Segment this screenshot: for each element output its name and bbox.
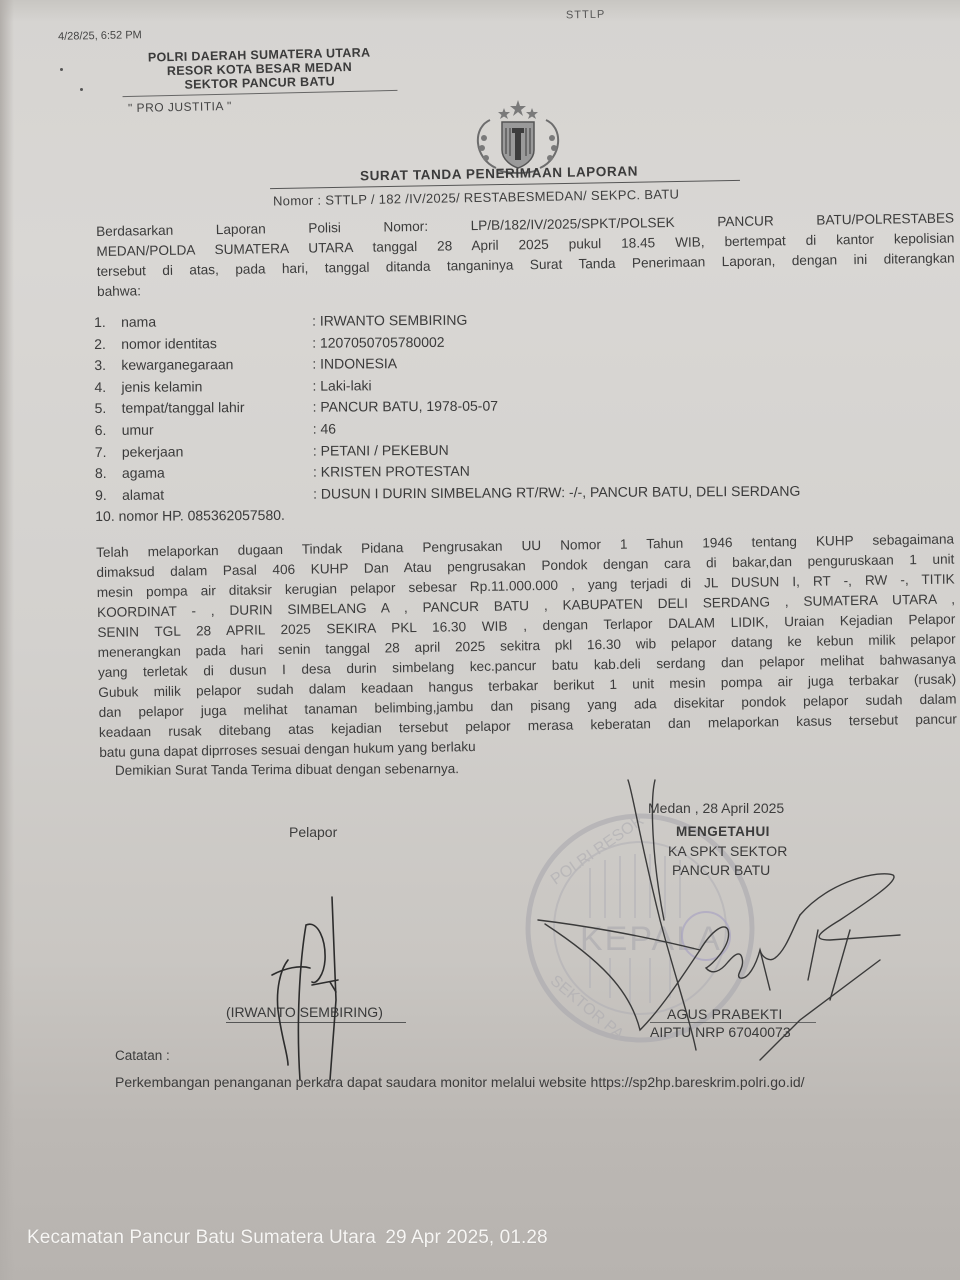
identity-value: : IRWANTO SEMBIRING [312, 312, 467, 329]
identity-num: 6. [95, 422, 119, 438]
identity-phone-row: 10. nomor HP. 085362057580. [95, 503, 915, 530]
photo-datetime: 29 Apr 2025, 01.28 [385, 1227, 547, 1248]
identity-num: 2. [94, 335, 118, 351]
print-timestamp: 4/28/25, 6:52 PM [58, 29, 142, 43]
note-label: Catatan : [115, 1048, 170, 1063]
paper-speck [80, 88, 83, 91]
document-title: SURAT TANDA PENERIMAAN LAPORAN [360, 164, 638, 184]
photo-location-timestamp: Kecamatan Pancur Batu Sumatera Utara 29 … [27, 1227, 548, 1249]
pro-justitia: " PRO JUSTITIA " [128, 99, 232, 115]
reporter-name-underline [226, 1022, 406, 1023]
officer-position-line2: PANCUR BATU [672, 862, 770, 878]
identity-value: : PANCUR BATU, 1978-05-07 [313, 398, 499, 415]
officer-name: AGUS PRABEKTI [667, 1006, 782, 1022]
identity-value: : PETANI / PEKEBUN [313, 441, 449, 458]
reporter-label: Pelapor [289, 824, 337, 840]
identity-label: nomor identitas [121, 335, 217, 352]
officer-nrp: AIPTU NRP 67040073 [650, 1024, 791, 1040]
identity-num: 7. [95, 443, 119, 459]
identity-label: alamat [122, 486, 164, 502]
paper-left-edge [0, 0, 14, 1280]
document-number: Nomor : STTLP / 182 /IV/2025/ RESTABESME… [273, 186, 679, 208]
report-paragraph: Telah melaporkan dugaan Tindak Pidana Pe… [96, 530, 957, 763]
identity-value: : INDONESIA [312, 355, 397, 372]
identity-label: umur [122, 422, 154, 438]
identity-num: 9. [95, 487, 119, 503]
identity-num: 1. [94, 314, 118, 330]
issuing-office-header: POLRI DAERAH SUMATERA UTARA RESOR KOTA B… [122, 45, 398, 97]
identity-value: : 1207050705780002 [312, 333, 444, 350]
identity-value: : KRISTEN PROTESTAN [313, 463, 470, 480]
identity-label: pekerjaan [122, 443, 184, 459]
reporter-name: (IRWANTO SEMBIRING) [226, 1004, 383, 1020]
place-date: Medan , 28 April 2025 [648, 800, 784, 816]
paper-speck [60, 68, 63, 71]
reporter-identity-list: 1.nama: IRWANTO SEMBIRING2.nomor identit… [94, 309, 915, 530]
identity-num: 3. [94, 357, 118, 373]
identity-label: jenis kelamin [121, 378, 202, 394]
identity-label: nama [121, 314, 156, 330]
corner-tag: STTLP [566, 9, 605, 22]
closing-statement: Demikian Surat Tanda Terima dibuat denga… [115, 761, 459, 778]
officer-position-line1: KA SPKT SEKTOR [668, 843, 787, 859]
identity-value: : DUSUN I DURIN SIMBELANG RT/RW: -/-, PA… [313, 482, 800, 501]
note-text: Perkembangan penanganan perkara dapat sa… [115, 1074, 805, 1090]
svg-text:KEPALA: KEPALA [580, 920, 722, 958]
identity-num: 5. [95, 400, 119, 416]
identity-num: 4. [94, 379, 118, 395]
officer-name-underline [650, 1022, 816, 1023]
paper-top-shadow [0, 0, 960, 22]
identity-label: tempat/tanggal lahir [122, 399, 245, 416]
acknowledged-heading: MENGETAHUI [676, 824, 770, 839]
photo-location: Kecamatan Pancur Batu Sumatera Utara [27, 1227, 376, 1248]
identity-value: : 46 [313, 420, 336, 436]
intro-paragraph: Berdasarkan Laporan Polisi Nomor: LP/B/1… [96, 209, 955, 302]
identity-num: 8. [95, 465, 119, 481]
identity-label: kewarganegaraan [121, 356, 233, 373]
identity-label: agama [122, 465, 165, 481]
identity-value: : Laki-laki [312, 377, 371, 393]
